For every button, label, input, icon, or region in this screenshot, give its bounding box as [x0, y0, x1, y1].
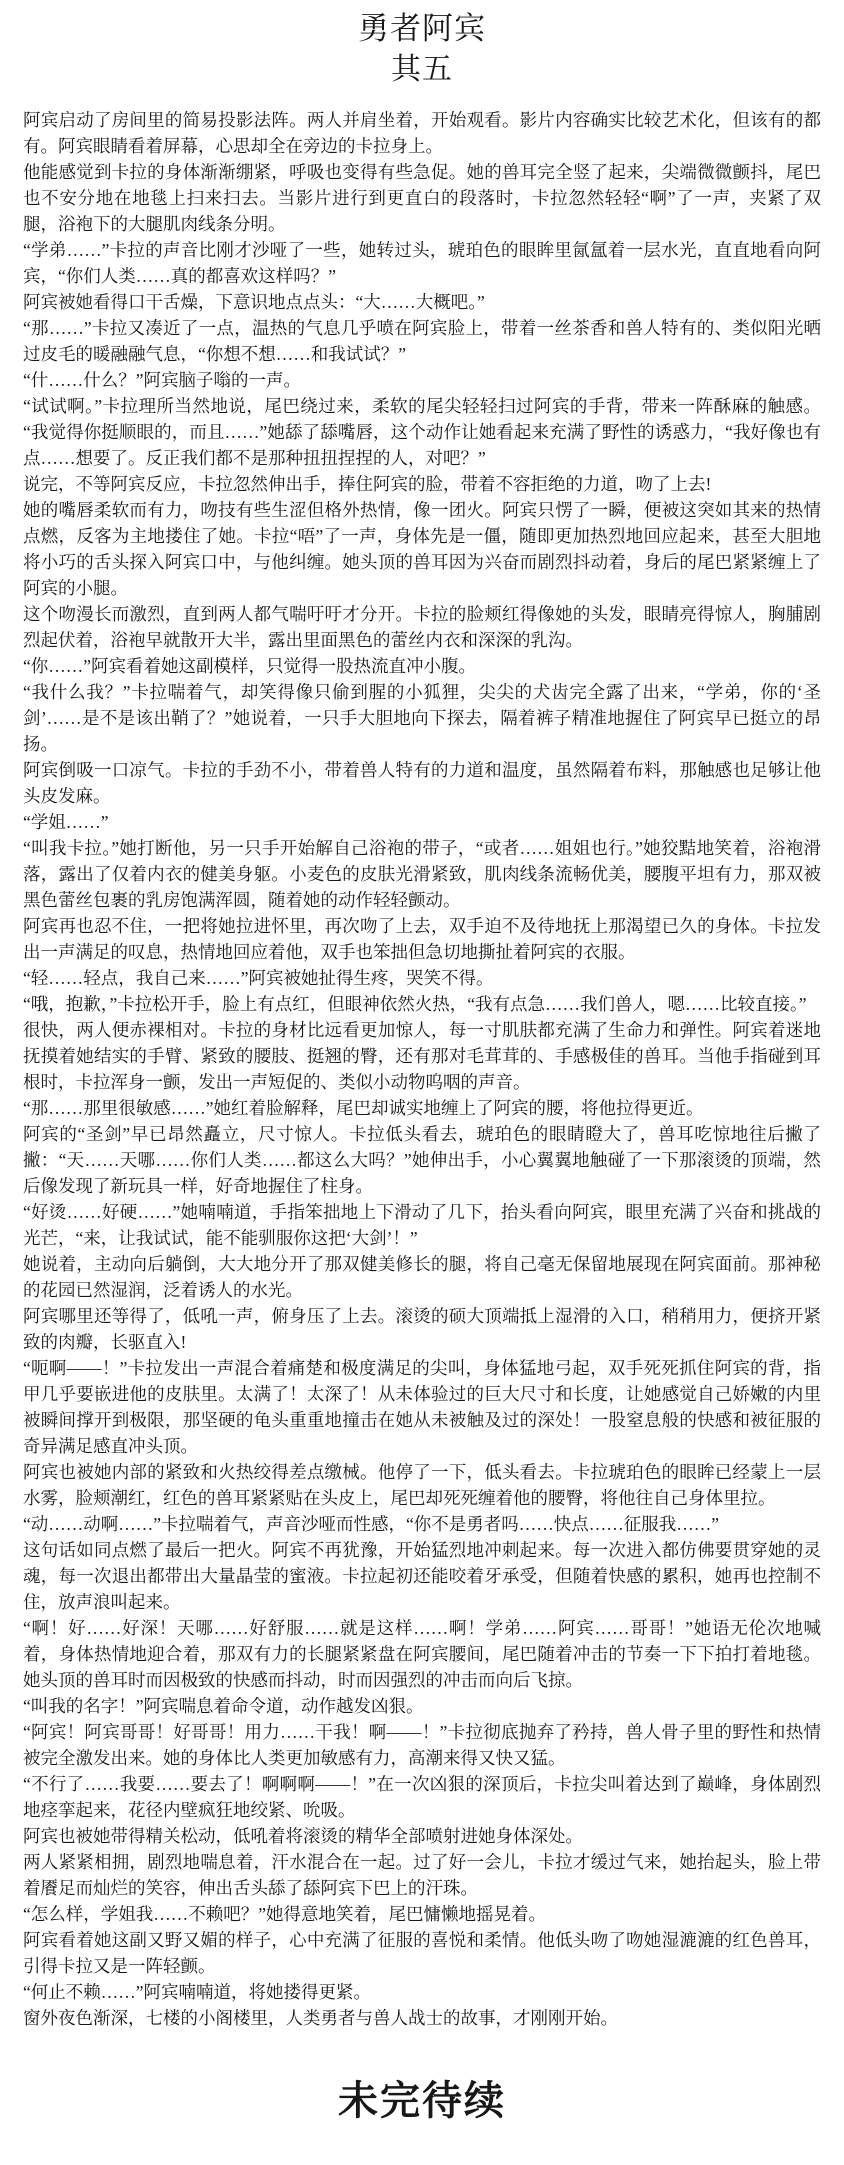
- page-subtitle: 其五: [23, 50, 821, 90]
- story-paragraph: “怎么样，学姐我……不赖吧？”她得意地笑着，尾巴慵懒地摇晃着。: [23, 1901, 821, 1927]
- story-paragraph: “阿宾！阿宾哥哥！好哥哥！用力……干我！啊——！”卡拉彻底抛弃了矜持，兽人骨子里…: [23, 1719, 821, 1771]
- story-paragraph: “啊！好……好深！天哪……好舒服……就是这样……啊！学弟……阿宾……哥哥！”她语…: [23, 1615, 821, 1693]
- story-paragraph: “何止不赖……”阿宾喃喃道，将她搂得更紧。: [23, 1979, 821, 2005]
- page-title: 勇者阿宾: [23, 8, 821, 50]
- story-paragraph: 阿宾看着她这副又野又媚的样子，心中充满了征服的喜悦和柔情。他低头吻了吻她湿漉漉的…: [23, 1927, 821, 1979]
- story-paragraph: “叫我的名字！”阿宾喘息着命令道，动作越发凶狠。: [23, 1693, 821, 1719]
- story-paragraph: “学弟……”卡拉的声音比刚才沙哑了一些，她转过头，琥珀色的眼眸里氤氲着一层水光，…: [23, 237, 821, 289]
- story-paragraph: “哦，抱歉，”卡拉松开手，脸上有点红，但眼神依然火热，“我有点急……我们兽人，嗯…: [23, 991, 821, 1017]
- story-paragraph: “你……”阿宾看着她这副模样，只觉得一股热流直冲小腹。: [23, 653, 821, 679]
- story-paragraph: 阿宾被她看得口干舌燥，下意识地点点头：“大……大概吧。”: [23, 289, 821, 315]
- story-paragraph: “轻……轻点，我自己来……”阿宾被她扯得生疼，哭笑不得。: [23, 965, 821, 991]
- story-paragraph: 阿宾倒吸一口凉气。卡拉的手劲不小，带着兽人特有的力道和温度，虽然隔着布料，那触感…: [23, 757, 821, 809]
- story-paragraph: 阿宾也被她带得精关松动，低吼着将滚烫的精华全部喷射进她身体深处。: [23, 1823, 821, 1849]
- story-paragraph: 这个吻漫长而激烈，直到两人都气喘吁吁才分开。卡拉的脸颊红得像她的头发，眼睛亮得惊…: [23, 601, 821, 653]
- novel-page: 勇者阿宾 其五 阿宾启动了房间里的简易投影法阵。两人并肩坐着，开始观看。影片内容…: [0, 0, 844, 2165]
- story-paragraph: “动……动啊……”卡拉喘着气，声音沙哑而性感，“你不是勇者吗……快点……征服我……: [23, 1511, 821, 1537]
- story-paragraph: 阿宾启动了房间里的简易投影法阵。两人并肩坐着，开始观看。影片内容确实比较艺术化，…: [23, 107, 821, 159]
- story-paragraph: “我什么我？”卡拉喘着气，却笑得像只偷到腥的小狐狸，尖尖的犬齿完全露了出来，“学…: [23, 679, 821, 757]
- story-paragraph: “那……那里很敏感……”她红着脸解释，尾巴却诚实地缠上了阿宾的腰，将他拉得更近。: [23, 1095, 821, 1121]
- story-paragraph: 说完，不等阿宾反应，卡拉忽然伸出手，捧住阿宾的脸，带着不容拒绝的力道，吻了上去!: [23, 471, 821, 497]
- story-paragraph: 窗外夜色渐深，七楼的小阁楼里，人类勇者与兽人战士的故事，才刚刚开始。: [23, 2005, 821, 2031]
- story-paragraph: “叫我卡拉。”她打断他，另一只手开始解自己浴袍的带子，“或者……姐姐也行。”她狡…: [23, 835, 821, 913]
- to-be-continued-label: 未完待续: [23, 2077, 821, 2125]
- story-paragraph: “好烫……好硬……”她喃喃道，手指笨拙地上下滑动了几下，抬头看向阿宾，眼里充满了…: [23, 1199, 821, 1251]
- story-paragraph: “什……什么？”阿宾脑子嗡的一声。: [23, 367, 821, 393]
- title-block: 勇者阿宾 其五: [23, 8, 821, 90]
- story-paragraph: 两人紧紧相拥，剧烈地喘息着，汗水混合在一起。过了好一会儿，卡拉才缓过气来，她抬起…: [23, 1849, 821, 1901]
- story-paragraph: 她说着，主动向后躺倒，大大地分开了那双健美修长的腿，将自己毫无保留地展现在阿宾面…: [23, 1251, 821, 1303]
- story-paragraph: 阿宾的“圣剑”早已昂然矗立，尺寸惊人。卡拉低头看去，琥珀色的眼睛瞪大了，兽耳吃惊…: [23, 1121, 821, 1199]
- story-paragraph: “那……”卡拉又凑近了一点，温热的气息几乎喷在阿宾脸上，带着一丝茶香和兽人特有的…: [23, 315, 821, 367]
- story-paragraph: “学姐……”: [23, 809, 821, 835]
- story-paragraph: “呃啊——！”卡拉发出一声混合着痛楚和极度满足的尖叫，身体猛地弓起，双手死死抓住…: [23, 1355, 821, 1459]
- story-paragraph: “不行了……我要……要去了！啊啊啊——！”在一次凶狠的深顶后，卡拉尖叫着达到了巅…: [23, 1771, 821, 1823]
- story-body: 阿宾启动了房间里的简易投影法阵。两人并肩坐着，开始观看。影片内容确实比较艺术化，…: [23, 107, 821, 2031]
- story-paragraph: 很快，两人便赤裸相对。卡拉的身材比远看更加惊人，每一寸肌肤都充满了生命力和弹性。…: [23, 1017, 821, 1095]
- story-paragraph: 她的嘴唇柔软而有力，吻技有些生涩但格外热情，像一团火。阿宾只愣了一瞬，便被这突如…: [23, 497, 821, 601]
- story-paragraph: 阿宾再也忍不住，一把将她拉进怀里，再次吻了上去，双手迫不及待地抚上那渴望已久的身…: [23, 913, 821, 965]
- story-paragraph: 这句话如同点燃了最后一把火。阿宾不再犹豫，开始猛烈地冲刺起来。每一次进入都仿佛要…: [23, 1537, 821, 1615]
- story-paragraph: 他能感觉到卡拉的身体渐渐绷紧，呼吸也变得有些急促。她的兽耳完全竖了起来，尖端微微…: [23, 159, 821, 237]
- story-paragraph: 阿宾也被她内部的紧致和火热绞得差点缴械。他停了一下，低头看去。卡拉琥珀色的眼眸已…: [23, 1459, 821, 1511]
- story-paragraph: 阿宾哪里还等得了，低吼一声，俯身压了上去。滚烫的硕大顶端抵上湿滑的入口，稍稍用力…: [23, 1303, 821, 1355]
- story-paragraph: “试试啊。”卡拉理所当然地说，尾巴绕过来，柔软的尾尖轻轻扫过阿宾的手背，带来一阵…: [23, 393, 821, 471]
